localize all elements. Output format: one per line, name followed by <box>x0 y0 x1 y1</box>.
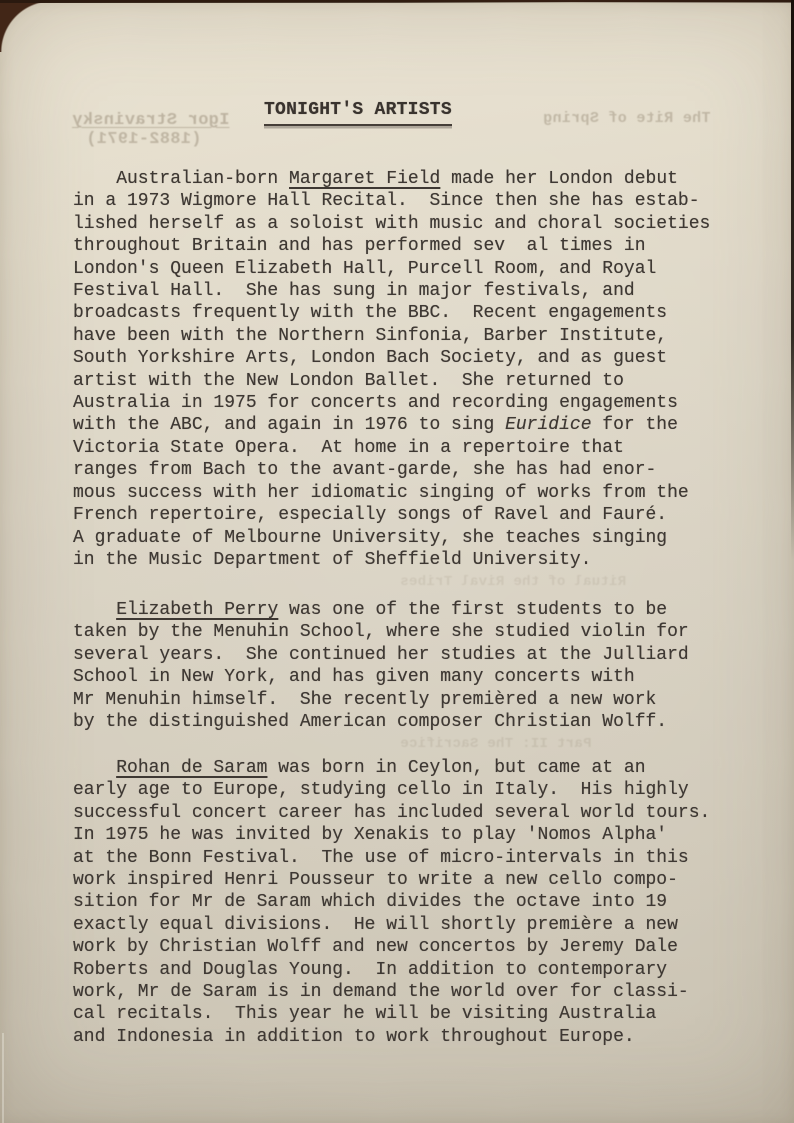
text-line: Festival Hall. She has sung in major fes… <box>73 280 710 302</box>
text-line: lished herself as a soloist with music a… <box>73 213 710 235</box>
text-line: School in New York, and has given many c… <box>73 666 689 688</box>
text-segment <box>73 758 116 778</box>
text-line: taken by the Menuhin School, where she s… <box>73 621 689 643</box>
text-segment: exactly equal divisions. He will shortly… <box>73 915 678 935</box>
text-segment: was born in Ceylon, but came at an <box>267 758 645 778</box>
text-segment: Mr Menuhin himself. She recently premièr… <box>73 690 656 710</box>
text-line: A graduate of Melbourne University, she … <box>73 527 710 549</box>
text-segment: throughout Britain and has performed sev… <box>73 236 646 256</box>
text-line: sition for Mr de Saram which divides the… <box>73 891 710 913</box>
text-segment: Victoria State Opera. At home in a reper… <box>73 438 624 458</box>
artist-name: Margaret Field <box>289 169 440 189</box>
text-segment: South Yorkshire Arts, London Bach Societ… <box>73 348 667 368</box>
text-line: early age to Europe, studying cello in I… <box>73 779 710 801</box>
text-segment: work by Christian Wolff and new concerto… <box>73 937 678 957</box>
text-segment: at the Bonn Festival. The use of micro-i… <box>73 848 689 868</box>
text-line: South Yorkshire Arts, London Bach Societ… <box>73 347 710 369</box>
text-segment: was one of the first students to be <box>278 600 667 620</box>
text-segment: A graduate of Melbourne University, she … <box>73 528 667 548</box>
text-line: have been with the Northern Sinfonia, Ba… <box>73 325 710 347</box>
text-segment: have been with the Northern Sinfonia, Ba… <box>73 326 667 346</box>
text-line: throughout Britain and has performed sev… <box>73 235 710 257</box>
text-segment: cal recitals. This year he will be visit… <box>73 1004 656 1024</box>
text-segment: ranges from Bach to the avant-garde, she… <box>73 460 656 480</box>
text-line: with the ABC, and again in 1976 to sing … <box>73 414 710 436</box>
artist-name: Elizabeth Perry <box>116 600 278 620</box>
text-segment: early age to Europe, studying cello in I… <box>73 780 689 800</box>
text-line: at the Bonn Festival. The use of micro-i… <box>73 847 710 869</box>
text-segment: broadcasts frequently with the BBC. Rece… <box>73 303 667 323</box>
text-segment: successful concert career has included s… <box>73 803 710 823</box>
artist-name: Rohan de Saram <box>116 758 267 778</box>
text-segment <box>73 600 116 620</box>
text-segment: taken by the Menuhin School, where she s… <box>73 622 689 642</box>
text-line: work by Christian Wolff and new concerto… <box>73 936 710 958</box>
text-line: French repertoire, especially songs of R… <box>73 504 710 526</box>
text-segment: lished herself as a soloist with music a… <box>73 214 710 234</box>
text-line: by the distinguished American composer C… <box>73 711 689 733</box>
text-segment: work, Mr de Saram is in demand the world… <box>73 982 689 1002</box>
text-segment: in a 1973 Wigmore Hall Recital. Since th… <box>73 191 700 211</box>
text-line: Roberts and Douglas Young. In addition t… <box>73 959 710 981</box>
text-segment: for the <box>592 415 678 435</box>
text-segment: by the distinguished American composer C… <box>73 712 667 732</box>
text-segment: Australian-born <box>73 169 289 189</box>
text-line: work inspired Henri Pousseur to write a … <box>73 869 710 891</box>
text-segment: mous success with her idiomatic singing … <box>73 483 689 503</box>
paragraph-margaret-field: Australian-born Margaret Field made her … <box>73 168 710 571</box>
paragraph-rohan-de-saram: Rohan de Saram was born in Ceylon, but c… <box>73 757 710 1048</box>
page-title: TONIGHT'S ARTISTS <box>264 99 452 126</box>
text-line: cal recitals. This year he will be visit… <box>73 1003 710 1025</box>
text-line: Victoria State Opera. At home in a reper… <box>73 437 710 459</box>
text-segment: School in New York, and has given many c… <box>73 667 635 687</box>
text-line: ranges from Bach to the avant-garde, she… <box>73 459 710 481</box>
text-line: In 1975 he was invited by Xenakis to pla… <box>73 824 710 846</box>
text-line: Australian-born Margaret Field made her … <box>73 168 710 190</box>
text-segment: Australia in 1975 for concerts and recor… <box>73 393 678 413</box>
scanned-page-photo: Igor Stravinsky(1882-1971)The Rite of Sp… <box>0 0 794 1123</box>
text-segment: Euridice <box>505 415 591 435</box>
text-line: London's Queen Elizabeth Hall, Purcell R… <box>73 258 710 280</box>
text-segment: in the Music Department of Sheffield Uni… <box>73 550 591 570</box>
text-line: Australia in 1975 for concerts and recor… <box>73 392 710 414</box>
text-line: exactly equal divisions. He will shortly… <box>73 914 710 936</box>
paragraph-elizabeth-perry: Elizabeth Perry was one of the first stu… <box>73 599 689 733</box>
text-line: artist with the New London Ballet. She r… <box>73 370 710 392</box>
text-line: Mr Menuhin himself. She recently premièr… <box>73 689 689 711</box>
text-line: in a 1973 Wigmore Hall Recital. Since th… <box>73 190 710 212</box>
text-line: in the Music Department of Sheffield Uni… <box>73 549 710 571</box>
text-line: mous success with her idiomatic singing … <box>73 482 710 504</box>
text-segment: Festival Hall. She has sung in major fes… <box>73 281 635 301</box>
text-segment: In 1975 he was invited by Xenakis to pla… <box>73 825 667 845</box>
text-line: work, Mr de Saram is in demand the world… <box>73 981 710 1003</box>
text-line: Elizabeth Perry was one of the first stu… <box>73 599 689 621</box>
text-segment: work inspired Henri Pousseur to write a … <box>73 870 678 890</box>
text-segment: London's Queen Elizabeth Hall, Purcell R… <box>73 259 656 279</box>
text-line: successful concert career has included s… <box>73 802 710 824</box>
text-line: and Indonesia in addition to work throug… <box>73 1026 710 1048</box>
text-segment: sition for Mr de Saram which divides the… <box>73 892 667 912</box>
text-segment: made her London debut <box>440 169 678 189</box>
text-line: several years. She continued her studies… <box>73 644 689 666</box>
text-line: Rohan de Saram was born in Ceylon, but c… <box>73 757 710 779</box>
text-line: broadcasts frequently with the BBC. Rece… <box>73 302 710 324</box>
text-segment: artist with the New London Ballet. She r… <box>73 371 624 391</box>
typewritten-text-layer: TONIGHT'S ARTISTS Australian-born Margar… <box>0 0 794 1123</box>
text-segment: Roberts and Douglas Young. In addition t… <box>73 960 667 980</box>
text-segment: with the ABC, and again in 1976 to sing <box>73 415 505 435</box>
text-segment: several years. She continued her studies… <box>73 645 689 665</box>
text-segment: French repertoire, especially songs of R… <box>73 505 667 525</box>
text-segment: and Indonesia in addition to work throug… <box>73 1027 635 1047</box>
